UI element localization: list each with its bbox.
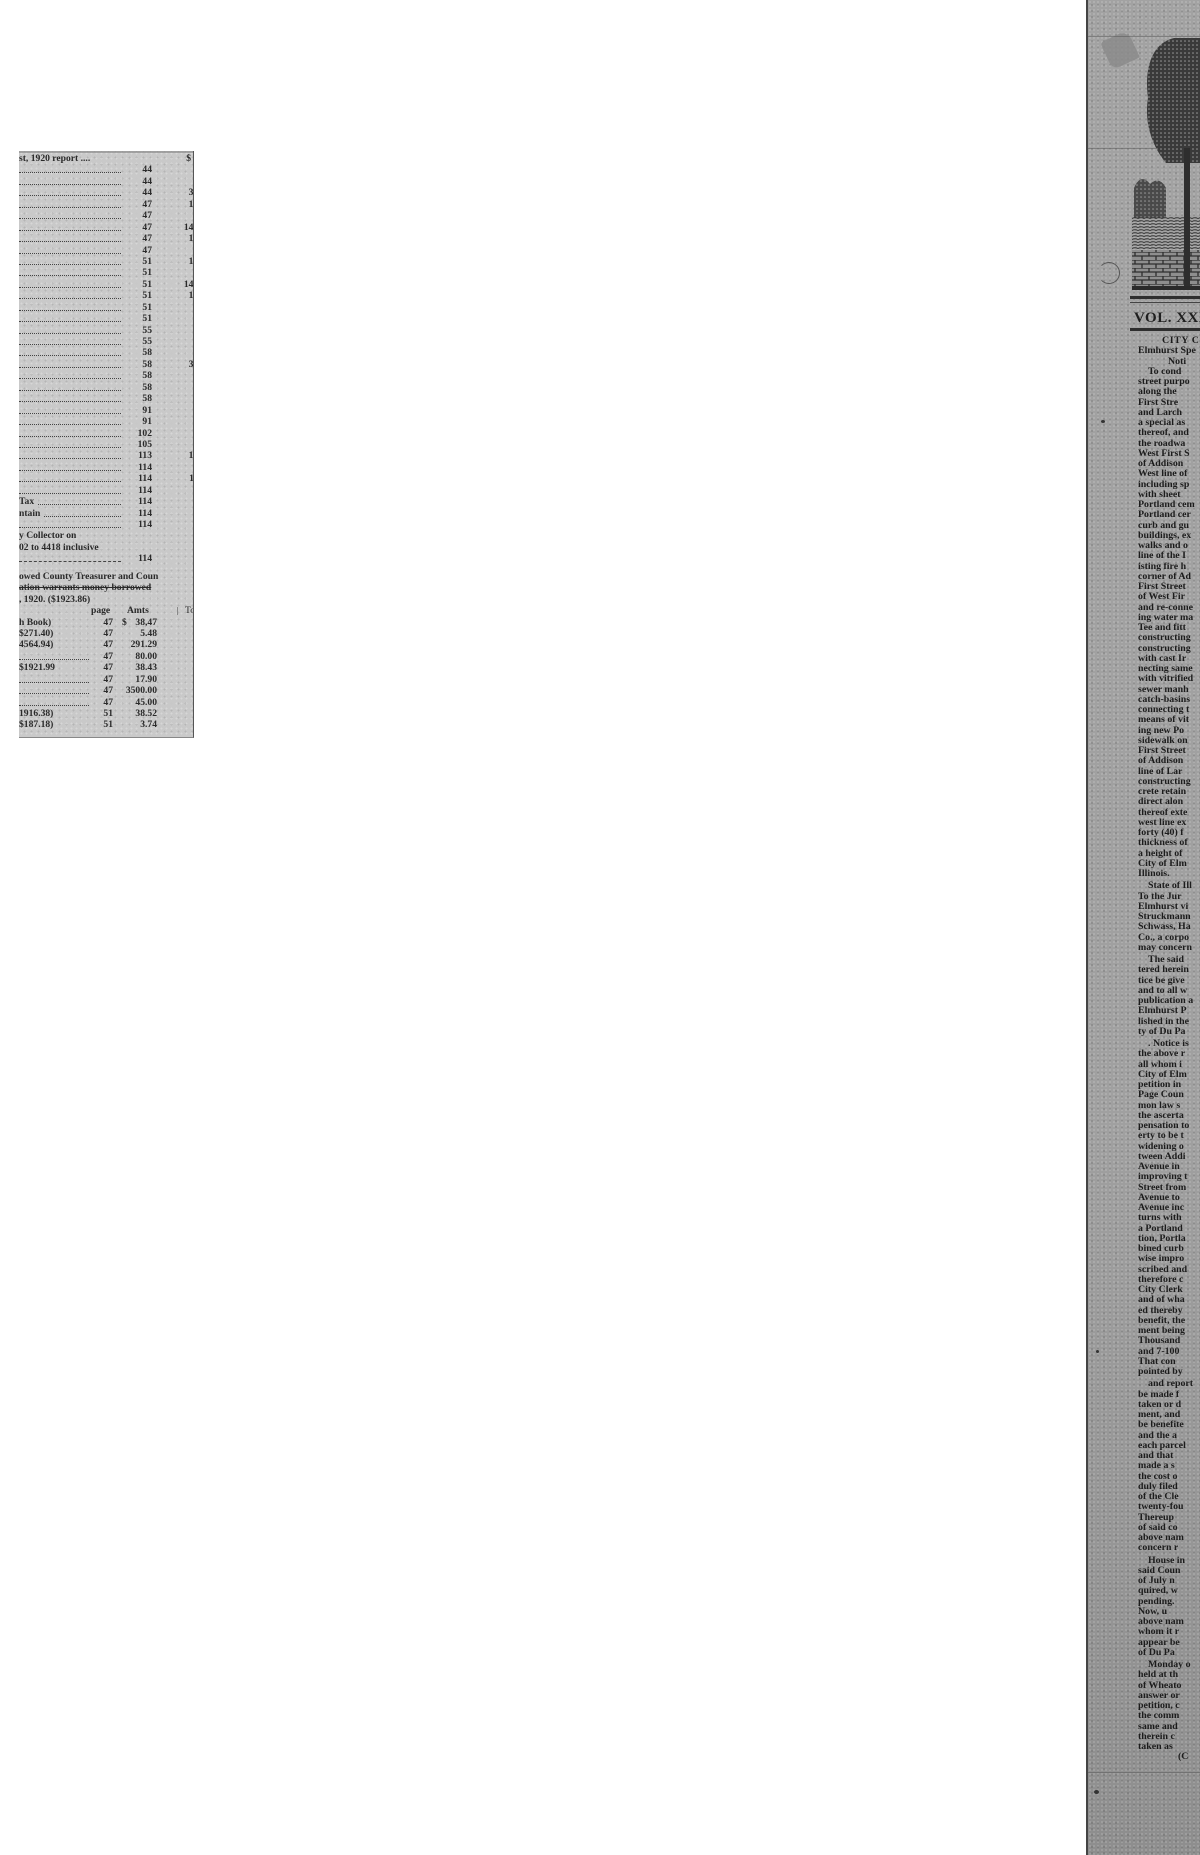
article-line: be benefite bbox=[1138, 1420, 1200, 1430]
dot-leader bbox=[19, 527, 121, 528]
ledger-row: 11425.3 bbox=[19, 485, 193, 496]
row-page: 91 bbox=[126, 405, 152, 416]
dot-leader bbox=[19, 253, 121, 254]
row-amount: 20.0 bbox=[155, 439, 194, 450]
article-line: held at th bbox=[1138, 1670, 1200, 1680]
article-line: means of vit bbox=[1138, 715, 1200, 725]
dot-leader bbox=[19, 207, 121, 208]
ledger-row: 58220.5 bbox=[19, 370, 193, 381]
article-line: thereof, and bbox=[1138, 428, 1200, 438]
collector-note-line2: 02 to 4418 inclusive - bbox=[19, 542, 193, 553]
collector-mark: - bbox=[155, 542, 194, 553]
row-page: 51 bbox=[126, 313, 152, 324]
article-line: Page Coun bbox=[1138, 1090, 1200, 1100]
ledger-row: 471923.3 bbox=[19, 199, 193, 210]
sub-table-row: $187.18)513.74 bbox=[19, 719, 193, 730]
header-amts: Amts bbox=[127, 605, 149, 616]
row-page: 114 bbox=[126, 462, 152, 473]
ledger-row: 58442.8 bbox=[19, 382, 193, 393]
sub-row-desc: h Book) bbox=[19, 617, 89, 628]
collector-amount: 824.4 bbox=[155, 553, 194, 564]
opening-desc: st, 1920 report .... bbox=[19, 153, 121, 164]
row-amount: 14564.9 bbox=[155, 222, 194, 233]
article-line: direct alon bbox=[1138, 797, 1200, 807]
masthead-rule bbox=[1130, 296, 1200, 299]
collector-page: 114 bbox=[126, 553, 152, 564]
dot-leader bbox=[19, 195, 121, 196]
dot-leader bbox=[19, 561, 121, 562]
row-amount: 25.3 bbox=[155, 485, 194, 496]
row-amount: 43.4 bbox=[155, 393, 194, 404]
row-amount: 1164.8 bbox=[155, 473, 194, 484]
row-amount: 147.1 bbox=[155, 176, 194, 187]
article-line: quired, w bbox=[1138, 1586, 1200, 1596]
sub-row-amount: 5.48 bbox=[119, 628, 157, 639]
dot-leader bbox=[19, 310, 121, 311]
article-line: may concern bbox=[1138, 943, 1200, 953]
article-line: State of Ill bbox=[1138, 881, 1200, 891]
dot-leader bbox=[19, 321, 121, 322]
row-amount: 14608.2 bbox=[155, 279, 194, 290]
sub-row-amount: 38.43 bbox=[119, 662, 157, 673]
row-page: 114 bbox=[126, 473, 152, 484]
article-line: Schwass, Ha bbox=[1138, 922, 1200, 932]
ledger-row: 443500.0 bbox=[19, 187, 193, 198]
row-page: 51 bbox=[126, 256, 152, 267]
row-amount: 188.0 bbox=[155, 462, 194, 473]
sub-table-row: 4780.00 bbox=[19, 651, 193, 662]
article-line: constructing bbox=[1138, 633, 1200, 643]
dot-leader bbox=[19, 470, 121, 471]
sub-table-row: 4717.90 bbox=[19, 674, 193, 685]
sub-row-page: 47 bbox=[91, 697, 113, 708]
header-total: Tota bbox=[185, 605, 194, 616]
row-amount: 75.0 bbox=[155, 508, 194, 519]
dot-leader bbox=[19, 355, 121, 356]
ledger-row: 5110.0 bbox=[19, 302, 193, 313]
sub-row-page: 47 bbox=[91, 651, 113, 662]
dot-leader bbox=[19, 481, 121, 482]
row-amount: 297.0 bbox=[155, 325, 194, 336]
article-line: wise impro bbox=[1138, 1254, 1200, 1264]
dot-leader bbox=[19, 390, 121, 391]
row-amount: 10.0 bbox=[155, 245, 194, 256]
dot-leader bbox=[19, 682, 89, 683]
article-line: tered herein bbox=[1138, 965, 1200, 975]
article-line: concern r bbox=[1138, 1543, 1200, 1553]
masthead-rule bbox=[1130, 302, 1200, 303]
row-amount: 187.1 bbox=[155, 267, 194, 278]
sub-row-page: 51 bbox=[91, 708, 113, 719]
ledger-row: 1131234.2 bbox=[19, 450, 193, 461]
ledger-row: 51187.1 bbox=[19, 267, 193, 278]
article-line: the comm bbox=[1138, 1711, 1200, 1721]
sub-row-desc: $271.40) bbox=[19, 628, 89, 639]
row-page: 58 bbox=[126, 347, 152, 358]
collector-range: 02 to 4418 inclusive bbox=[19, 542, 159, 553]
newspaper-scan: VOL. XXX CITY CElmhurst SpeNotiTo condst… bbox=[1086, 0, 1200, 1855]
sub-row-amount: 3.74 bbox=[119, 719, 157, 730]
sub-row-page: 47 bbox=[91, 617, 113, 628]
ledger-scan: st, 1920 report .... $ 231.2 44200.04414… bbox=[19, 151, 194, 738]
sub-table-header: page Amts Tota bbox=[19, 605, 193, 616]
section-heading-line1: owed County Treasurer and Coun bbox=[19, 571, 193, 582]
row-amount: 1367.1 bbox=[155, 290, 194, 301]
article-line: of Addison bbox=[1138, 756, 1200, 766]
dot-leader bbox=[19, 287, 121, 288]
row-page: 47 bbox=[126, 222, 152, 233]
ledger-row: 4710.0 bbox=[19, 245, 193, 256]
row-page: 105 bbox=[126, 439, 152, 450]
dot-leader bbox=[19, 436, 121, 437]
article-line: Thousand bbox=[1138, 1336, 1200, 1346]
dot-leader bbox=[19, 424, 121, 425]
article-line: twenty-fou bbox=[1138, 1502, 1200, 1512]
dot-leader bbox=[19, 413, 121, 414]
sub-row-page: 47 bbox=[91, 628, 113, 639]
row-page: 44 bbox=[126, 187, 152, 198]
dot-leader bbox=[19, 218, 121, 219]
row-page: 44 bbox=[126, 176, 152, 187]
section-heading-line2: ation warrants money borrowed bbox=[19, 582, 193, 593]
sub-row-desc: $1921.99 bbox=[19, 662, 89, 673]
row-amount: 10.0 bbox=[155, 302, 194, 313]
ledger-row: 5110.0 bbox=[19, 313, 193, 324]
dot-leader bbox=[19, 184, 121, 185]
sub-row-page: 47 bbox=[91, 662, 113, 673]
row-desc: Tax bbox=[19, 496, 38, 507]
dot-leader bbox=[19, 241, 121, 242]
sub-row-amount: 38.52 bbox=[119, 708, 157, 719]
ledger-row: 1145.0 bbox=[19, 519, 193, 530]
sub-row-page: 47 bbox=[91, 674, 113, 685]
ledger-opening-row: st, 1920 report .... $ 231.2 bbox=[19, 153, 193, 164]
row-page: 47 bbox=[126, 233, 152, 244]
masthead-tree-illustration-icon bbox=[1132, 28, 1200, 293]
article-line: (C bbox=[1138, 1752, 1200, 1762]
ledger-row: 47271.4 bbox=[19, 210, 193, 221]
article-line: Portland cer bbox=[1138, 510, 1200, 520]
row-amount: 10.0 bbox=[155, 405, 194, 416]
row-page: 114 bbox=[126, 485, 152, 496]
dot-leader bbox=[19, 230, 121, 231]
row-amount: 5.0 bbox=[155, 519, 194, 530]
dot-leader bbox=[19, 493, 121, 494]
row-amount: 271.4 bbox=[155, 210, 194, 221]
article-line: turns with bbox=[1138, 1213, 1200, 1223]
sub-table-rows: h Book)47$38,47$271.40)475.484564.94)472… bbox=[19, 617, 193, 731]
ledger-row: 511367.1 bbox=[19, 290, 193, 301]
row-amount: 220.5 bbox=[155, 370, 194, 381]
row-amount: 1921.9 bbox=[155, 233, 194, 244]
row-amount: 90.0 bbox=[155, 347, 194, 358]
dot-leader bbox=[19, 264, 121, 265]
row-page: 55 bbox=[126, 336, 152, 347]
row-amount: 442.8 bbox=[155, 382, 194, 393]
stain-circle-mark bbox=[1098, 262, 1120, 284]
ink-speck bbox=[1096, 1350, 1099, 1353]
fold-line bbox=[1088, 1772, 1200, 1773]
article-line: erty to be t bbox=[1138, 1131, 1200, 1141]
article-column: CITY CElmhurst SpeNotiTo condstreet purp… bbox=[1138, 336, 1200, 1763]
dot-leader bbox=[19, 401, 121, 402]
row-page: 114 bbox=[126, 496, 152, 507]
sub-row-desc: $187.18) bbox=[19, 719, 89, 730]
ledger-row: ntain11475.0 bbox=[19, 508, 193, 519]
sub-table-row: $1921.994738.43 bbox=[19, 662, 193, 673]
section-heading-line3: , 1920. ($1923.86) bbox=[19, 594, 193, 605]
row-page: 44 bbox=[126, 164, 152, 175]
dot-leader bbox=[19, 298, 121, 299]
article-line: made a s bbox=[1138, 1461, 1200, 1471]
ledger-row: 5510.0 bbox=[19, 336, 193, 347]
sub-row-amount: 80.00 bbox=[119, 651, 157, 662]
dot-leader bbox=[19, 705, 89, 706]
ledger-row: 9110.0 bbox=[19, 416, 193, 427]
ledger-row: 4714564.9 bbox=[19, 222, 193, 233]
sub-row-amount: 3500.00 bbox=[119, 685, 157, 696]
row-page: 51 bbox=[126, 302, 152, 313]
ledger-row: 583295.5 bbox=[19, 359, 193, 370]
row-amount: 10.0 bbox=[155, 416, 194, 427]
ledger-row: 5843.4 bbox=[19, 393, 193, 404]
row-page: 58 bbox=[126, 393, 152, 404]
row-amount: 10.0 bbox=[155, 336, 194, 347]
ledger-rows: 44200.044147.1443500.0471923.347271.4471… bbox=[19, 164, 193, 530]
opening-amount: $ 231.2 bbox=[155, 153, 194, 164]
ledger-row: 10210.0 bbox=[19, 428, 193, 439]
sub-row-amount: 38,47 bbox=[119, 617, 157, 628]
article-line: Illinois. bbox=[1138, 869, 1200, 879]
ledger-row: 44200.0 bbox=[19, 164, 193, 175]
dot-leader bbox=[19, 172, 121, 173]
row-amount: 40.0 bbox=[155, 496, 194, 507]
dot-leader bbox=[19, 447, 121, 448]
sub-table-row: 473500.00 bbox=[19, 685, 193, 696]
ink-speck bbox=[1094, 1790, 1099, 1794]
article-line: West line of bbox=[1138, 469, 1200, 479]
row-page: 58 bbox=[126, 359, 152, 370]
row-amount: 3500.0 bbox=[155, 187, 194, 198]
sub-table-row: 4745.00 bbox=[19, 697, 193, 708]
sub-row-amount: 17.90 bbox=[119, 674, 157, 685]
ledger-row: 114188.0 bbox=[19, 462, 193, 473]
row-page: 47 bbox=[126, 210, 152, 221]
sub-row-amount: 45.00 bbox=[119, 697, 157, 708]
row-amount: 1234.2 bbox=[155, 450, 194, 461]
sub-row-desc: 4564.94) bbox=[19, 639, 89, 650]
ledger-row: 44147.1 bbox=[19, 176, 193, 187]
collector-total-row: 114 824.4 bbox=[19, 553, 193, 564]
article-line: ty of Du Pa bbox=[1138, 1027, 1200, 1037]
article-line: and report bbox=[1138, 1379, 1200, 1389]
row-amount: 3295.5 bbox=[155, 359, 194, 370]
row-page: 91 bbox=[126, 416, 152, 427]
article-line: and of wha bbox=[1138, 1295, 1200, 1305]
dot-leader bbox=[19, 333, 121, 334]
row-page: 51 bbox=[126, 279, 152, 290]
row-amount: 10.0 bbox=[155, 313, 194, 324]
ledger-row: 10520.0 bbox=[19, 439, 193, 450]
ledger-row: Tax11440.0 bbox=[19, 496, 193, 507]
row-page: 114 bbox=[126, 519, 152, 530]
article-line: line of the I bbox=[1138, 551, 1200, 561]
row-amount: 1923.3 bbox=[155, 199, 194, 210]
article-line: Elmhurst P bbox=[1138, 1006, 1200, 1016]
sub-row-page: 47 bbox=[91, 685, 113, 696]
ledger-row: 5890.0 bbox=[19, 347, 193, 358]
row-page: 47 bbox=[126, 245, 152, 256]
article-line: taken as bbox=[1138, 1742, 1200, 1752]
ledger-row: 1141164.8 bbox=[19, 473, 193, 484]
sub-row-amount: 291.29 bbox=[119, 639, 157, 650]
article-line: thickness of bbox=[1138, 838, 1200, 848]
dot-leader bbox=[19, 275, 121, 276]
row-page: 102 bbox=[126, 428, 152, 439]
ink-speck bbox=[1101, 420, 1105, 423]
article-line: the above r bbox=[1138, 1049, 1200, 1059]
ledger-row: 511916.3 bbox=[19, 256, 193, 267]
collector-note-line1: y Collector on bbox=[19, 530, 193, 541]
ledger-row: 9110.0 bbox=[19, 405, 193, 416]
row-amount: 200.0 bbox=[155, 164, 194, 175]
row-desc: ntain bbox=[19, 508, 44, 519]
article-line: of Du Pa bbox=[1138, 1648, 1200, 1658]
header-page: page bbox=[91, 605, 110, 616]
row-amount: 1916.3 bbox=[155, 256, 194, 267]
row-page: 55 bbox=[126, 325, 152, 336]
row-page: 51 bbox=[126, 267, 152, 278]
row-page: 58 bbox=[126, 382, 152, 393]
row-page: 113 bbox=[126, 450, 152, 461]
article-line: improving t bbox=[1138, 1172, 1200, 1182]
row-page: 47 bbox=[126, 199, 152, 210]
sub-row-page: 51 bbox=[91, 719, 113, 730]
sub-table-row: 1916.38)5138.52 bbox=[19, 708, 193, 719]
dot-leader bbox=[19, 659, 89, 660]
article-line: whom it r bbox=[1138, 1627, 1200, 1637]
article-line: along the bbox=[1138, 387, 1200, 397]
dot-leader bbox=[19, 693, 89, 694]
article-line: pointed by bbox=[1138, 1367, 1200, 1377]
sub-row-page: 47 bbox=[91, 639, 113, 650]
ledger-row: 55297.0 bbox=[19, 325, 193, 336]
dot-leader bbox=[19, 344, 121, 345]
masthead-rule bbox=[1130, 328, 1200, 331]
dot-leader bbox=[19, 458, 121, 459]
dot-leader bbox=[19, 367, 121, 368]
sub-table-row: 4564.94)47291.29 bbox=[19, 639, 193, 650]
sub-table-row: $271.40)475.48 bbox=[19, 628, 193, 639]
dot-leader bbox=[19, 378, 121, 379]
row-page: 58 bbox=[126, 370, 152, 381]
row-amount: 10.0 bbox=[155, 428, 194, 439]
ledger-row: 5114608.2 bbox=[19, 279, 193, 290]
ledger-row: 471921.9 bbox=[19, 233, 193, 244]
row-page: 114 bbox=[126, 508, 152, 519]
article-line: of West Fir bbox=[1138, 592, 1200, 602]
volume-label: VOL. XXX bbox=[1134, 310, 1200, 327]
row-page: 51 bbox=[126, 290, 152, 301]
sub-row-desc: 1916.38) bbox=[19, 708, 89, 719]
column-divider bbox=[177, 607, 178, 615]
article-line: with vitrified bbox=[1138, 674, 1200, 684]
sub-table-row: h Book)47$38,47 bbox=[19, 617, 193, 628]
article-line: Elmhurst Spe bbox=[1138, 346, 1200, 356]
